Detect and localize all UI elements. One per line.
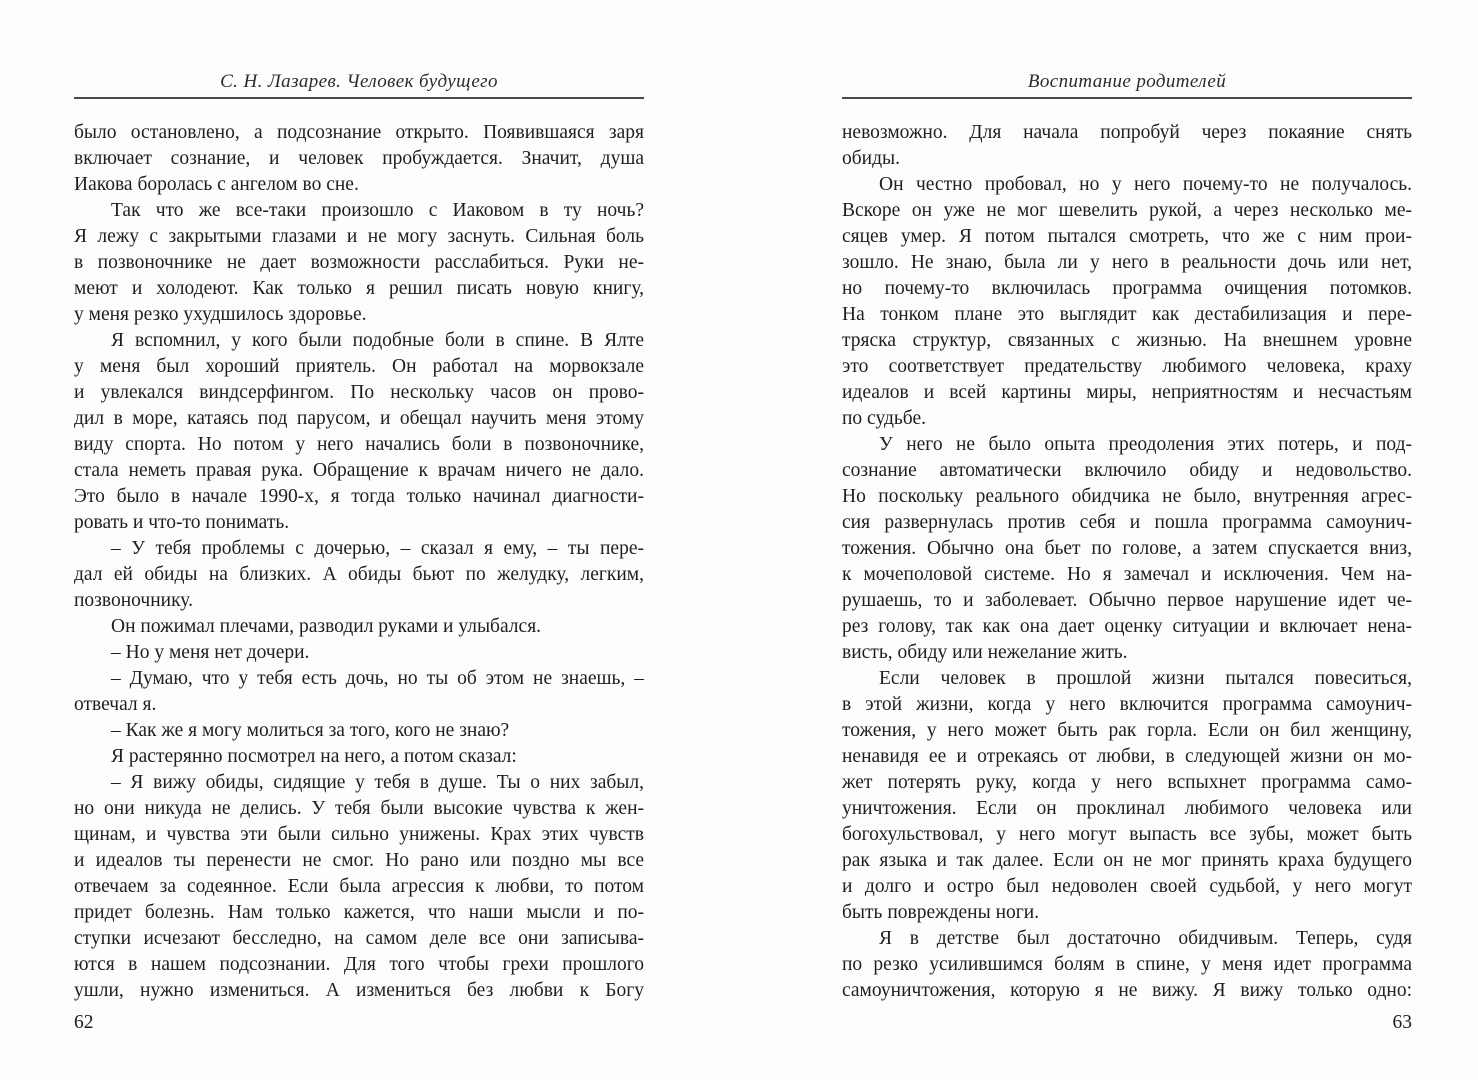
text-line: висть, обиду или нежелание жить. (842, 640, 1412, 666)
text-line: рез голову, так как она дает оценку ситу… (842, 614, 1412, 640)
text-line: дил в море, катаясь под парусом, и обеща… (74, 406, 644, 432)
text-line: в этой жизни, когда у него включится про… (842, 692, 1412, 718)
text-line: – Как же я могу молиться за того, кого н… (74, 718, 644, 744)
text-line: это соответствует предательству любимого… (842, 354, 1412, 380)
text-line: у меня был хороший приятель. Он работал … (74, 354, 644, 380)
text-line: отвечал я. (74, 692, 644, 718)
text-line: меют и холодеют. Как только я решил писа… (74, 276, 644, 302)
running-head-right-text: Воспитание родителей (1028, 71, 1226, 92)
text-line: зошло. Не знаю, была ли у него в реально… (842, 250, 1412, 276)
text-line: отвечаем за содеянное. Если была агресси… (74, 874, 644, 900)
text-line: щинам, и чувства эти были сильно унижены… (74, 822, 644, 848)
header-rule-left (74, 97, 644, 99)
page-number-left: 62 (74, 1010, 644, 1036)
text-line: в позвоночнике не дает возможности рассл… (74, 250, 644, 276)
page-right: Воспитание родителей невозможно. Для нач… (842, 0, 1412, 1080)
text-line: Так что же все-таки произошло с Иаковом … (74, 198, 644, 224)
text-line: самоуничтожения, которую я не вижу. Я ви… (842, 978, 1412, 1004)
text-line: невозможно. Для начала попробуй через по… (842, 120, 1412, 146)
text-line: позвоночнику. (74, 588, 644, 614)
text-line: тожения. Обычно она бьет по голове, а за… (842, 536, 1412, 562)
text-line: у меня резко ухудшилось здоровье. (74, 302, 644, 328)
running-head-right: Воспитание родителей (842, 70, 1412, 94)
text-line: обиды. (842, 146, 1412, 172)
page-body-left: было остановлено, а подсознание открыто.… (74, 120, 644, 1004)
text-line: было остановлено, а подсознание открыто.… (74, 120, 644, 146)
text-line: и увлекался виндсерфингом. По нескольку … (74, 380, 644, 406)
text-line: тряска структур, связанных с жизнью. На … (842, 328, 1412, 354)
header-rule-right (842, 97, 1412, 99)
text-line: сознание автоматически включило обиду и … (842, 458, 1412, 484)
text-line: ненавидя ее и отрекаясь от любви, в след… (842, 744, 1412, 770)
text-line: быть повреждены ноги. (842, 900, 1412, 926)
text-line: На тонком плане это выглядит как дестаби… (842, 302, 1412, 328)
text-line: и долго и остро был недоволен своей судь… (842, 874, 1412, 900)
text-line: Я в детстве был достаточно обидчивым. Те… (842, 926, 1412, 952)
text-line: Вскоре он уже не мог шевелить рукой, а ч… (842, 198, 1412, 224)
book-spread: С. Н. Лазарев. Человек будущего было ост… (0, 0, 1478, 1080)
text-line: придет болезнь. Нам только кажется, что … (74, 900, 644, 926)
text-line: ушли, нужно измениться. А измениться без… (74, 978, 644, 1004)
text-line: но они никуда не делись. У тебя были выс… (74, 796, 644, 822)
text-line: ются в нашем подсознании. Для того чтобы… (74, 952, 644, 978)
text-line: включает сознание, и человек пробуждаетс… (74, 146, 644, 172)
text-line: Я лежу с закрытыми глазами и не могу зас… (74, 224, 644, 250)
running-head-left-text: С. Н. Лазарев. Человек будущего (220, 71, 498, 92)
text-line: рушаешь, то и заболевает. Обычно первое … (842, 588, 1412, 614)
page-body-right: невозможно. Для начала попробуй через по… (842, 120, 1412, 1004)
text-line: сия развернулась против себя и пошла про… (842, 510, 1412, 536)
text-line: ступки исчезают бесследно, на самом деле… (74, 926, 644, 952)
text-line: Я вспомнил, у кого были подобные боли в … (74, 328, 644, 354)
text-line: У него не было опыта преодоления этих по… (842, 432, 1412, 458)
text-line: к мочеполовой системе. Но я замечал и ис… (842, 562, 1412, 588)
text-line: – Но у меня нет дочери. (74, 640, 644, 666)
text-line: жет потерять руку, когда у него вспыхнет… (842, 770, 1412, 796)
running-head-left: С. Н. Лазарев. Человек будущего (74, 70, 644, 94)
text-line: ровать и что-то понимать. (74, 510, 644, 536)
text-line: сяцев умер. Я потом пытался смотреть, чт… (842, 224, 1412, 250)
text-line: и идеалов ты перенести не смог. Но рано … (74, 848, 644, 874)
page-left: С. Н. Лазарев. Человек будущего было ост… (74, 0, 644, 1080)
text-line: стала неметь правая рука. Обращение к вр… (74, 458, 644, 484)
text-line: по резко усилившимся болям в спине, у ме… (842, 952, 1412, 978)
text-line: Это было в начале 1990-х, я тогда только… (74, 484, 644, 510)
text-line: Он честно пробовал, но у него почему-то … (842, 172, 1412, 198)
text-line: Я растерянно посмотрел на него, а потом … (74, 744, 644, 770)
text-line: богохульствовал, у него могут выпасть вс… (842, 822, 1412, 848)
text-line: Он пожимал плечами, разводил руками и ул… (74, 614, 644, 640)
text-line: тожения, у него может быть рак горла. Ес… (842, 718, 1412, 744)
text-line: уничтожения. Если он проклинал любимого … (842, 796, 1412, 822)
text-line: но почему-то включилась программа очищен… (842, 276, 1412, 302)
text-line: по судьбе. (842, 406, 1412, 432)
text-line: дал ей обиды на близких. А обиды бьют по… (74, 562, 644, 588)
page-number-right: 63 (842, 1010, 1412, 1036)
text-line: Иакова боролась с ангелом во сне. (74, 172, 644, 198)
text-line: – У тебя проблемы с дочерью, – сказал я … (74, 536, 644, 562)
text-line: – Я вижу обиды, сидящие у тебя в душе. Т… (74, 770, 644, 796)
text-line: – Думаю, что у тебя есть дочь, но ты об … (74, 666, 644, 692)
text-line: виду спорта. Но потом у него начались бо… (74, 432, 644, 458)
text-line: Но поскольку реального обидчика не было,… (842, 484, 1412, 510)
text-line: идеалов и всей картины миры, неприятност… (842, 380, 1412, 406)
text-line: рак языка и так далее. Если он не мог пр… (842, 848, 1412, 874)
text-line: Если человек в прошлой жизни пытался пов… (842, 666, 1412, 692)
